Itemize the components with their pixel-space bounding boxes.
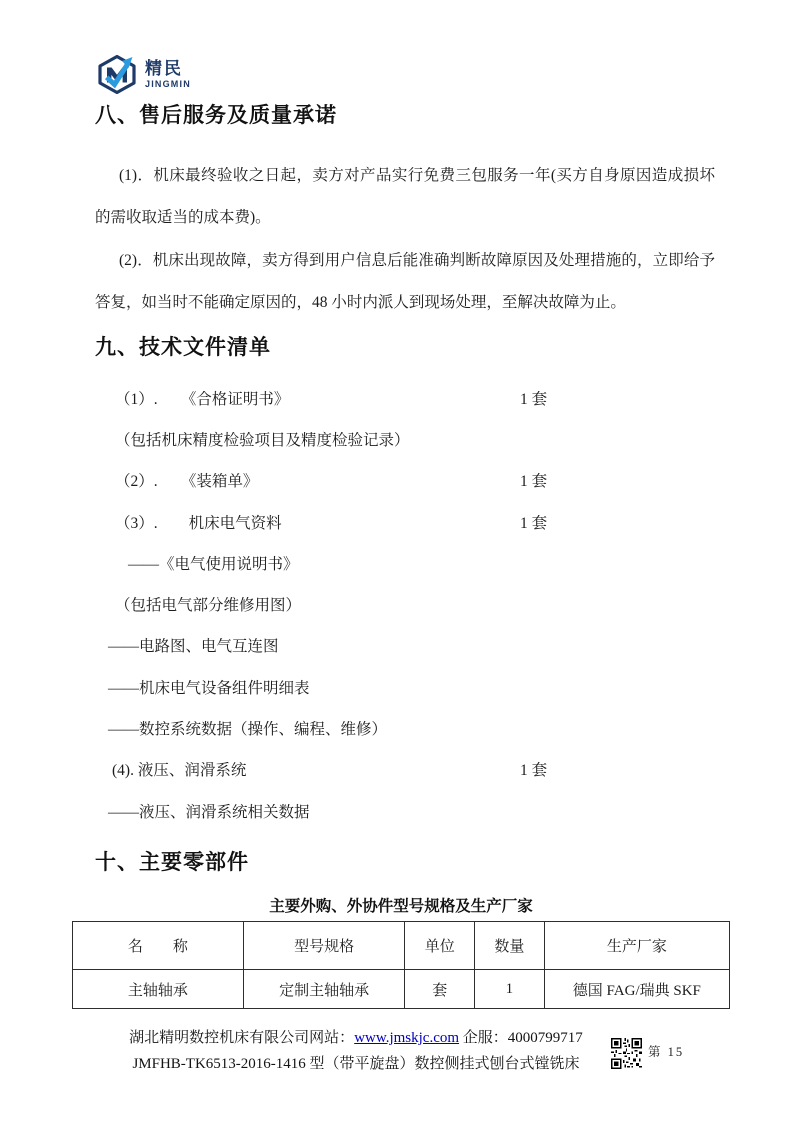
list-item: ——数控系统数据（操作、编程、维修） bbox=[95, 707, 715, 748]
col-header-name: 名 称 bbox=[73, 922, 244, 970]
footer-service-phone: 企服：4000799717 bbox=[459, 1030, 583, 1046]
company-logo: 精民 JINGMIN bbox=[95, 54, 191, 95]
list-item-qty: 1 套 bbox=[520, 469, 547, 491]
cell-manufacturer: 德国 FAG/瑞典 SKF bbox=[544, 970, 729, 1009]
list-item: （包括机床精度检验项目及精度检验记录） bbox=[95, 418, 715, 459]
list-item-label: （3）. 机床电气资料 bbox=[115, 511, 282, 533]
logo-text: 精民 JINGMIN bbox=[145, 60, 191, 89]
cell-quantity: 1 bbox=[475, 970, 545, 1009]
logo-name-cn: 精民 bbox=[145, 60, 191, 77]
list-item: （包括电气部分维修用图） bbox=[95, 583, 715, 624]
parts-table-title: 主要外购、外协件型号规格及生产厂家 bbox=[72, 896, 730, 918]
list-item-label: ——机床电气设备组件明细表 bbox=[108, 676, 310, 698]
list-item-label: （2）. 《装箱单》 bbox=[115, 469, 258, 491]
list-item: （1）. 《合格证明书》 1 套 bbox=[95, 377, 715, 418]
list-item: （2）. 《装箱单》 1 套 bbox=[95, 460, 715, 501]
list-item: ——机床电气设备组件明细表 bbox=[95, 666, 715, 707]
parts-table-block: 主要外购、外协件型号规格及生产厂家 名 称 型号规格 单位 数量 生产厂家 主轴… bbox=[72, 896, 730, 1009]
page-number: 第 15 bbox=[648, 1042, 684, 1060]
list-item-label: （包括电气部分维修用图） bbox=[115, 593, 301, 615]
qr-code bbox=[611, 1038, 642, 1069]
list-item: ——《电气使用说明书》 bbox=[95, 542, 715, 583]
page-footer: 湖北精明数控机床有限公司网站：www.jmskjc.com 企服：4000799… bbox=[100, 1026, 612, 1077]
list-item: （3）. 机床电气资料 1 套 bbox=[95, 501, 715, 542]
document-page: 精民 JINGMIN 八、售后服务及质量承诺 (1)．机床最终验收之日起，卖方对… bbox=[0, 0, 800, 1131]
section-8-paragraph-1: (1)．机床最终验收之日起，卖方对产品实行免费三包服务一年(买方自身原因造成损坏… bbox=[95, 155, 715, 239]
list-item-qty: 1 套 bbox=[520, 387, 547, 409]
list-item: (4). 液压、润滑系统 1 套 bbox=[95, 749, 715, 790]
list-item-label: ——液压、润滑系统相关数据 bbox=[108, 800, 310, 822]
section-8-paragraph-2: (2)．机床出现故障，卖方得到用户信息后能准确判断故障原因及处理措施的，立即给予… bbox=[95, 240, 715, 324]
list-item-qty: 1 套 bbox=[520, 511, 547, 533]
footer-company-site-label: 湖北精明数控机床有限公司网站： bbox=[129, 1030, 354, 1046]
list-item-label: （1）. 《合格证明书》 bbox=[115, 387, 289, 409]
cell-model: 定制主轴轴承 bbox=[243, 970, 405, 1009]
list-item: ——电路图、电气互连图 bbox=[95, 625, 715, 666]
section-10-heading: 十、主要零部件 bbox=[95, 848, 249, 878]
cell-unit: 套 bbox=[405, 970, 475, 1009]
table-header-row: 名 称 型号规格 单位 数量 生产厂家 bbox=[73, 922, 730, 970]
col-header-unit: 单位 bbox=[405, 922, 475, 970]
hexagon-m-logo-icon bbox=[95, 54, 139, 95]
col-header-quantity: 数量 bbox=[475, 922, 545, 970]
footer-line-1: 湖北精明数控机床有限公司网站：www.jmskjc.com 企服：4000799… bbox=[100, 1026, 612, 1052]
technical-documents-list: （1）. 《合格证明书》 1 套 （包括机床精度检验项目及精度检验记录） （2）… bbox=[95, 377, 715, 831]
parts-table: 名 称 型号规格 单位 数量 生产厂家 主轴轴承 定制主轴轴承 套 1 德国 F… bbox=[72, 921, 730, 1009]
section-9-heading: 九、技术文件清单 bbox=[95, 333, 271, 363]
col-header-model: 型号规格 bbox=[243, 922, 405, 970]
list-item-label: ——电路图、电气互连图 bbox=[108, 634, 279, 656]
footer-line-2: JMFHB-TK6513-2016-1416 型（带平旋盘）数控侧挂式刨台式镗铣… bbox=[100, 1052, 612, 1078]
footer-website-link[interactable]: www.jmskjc.com bbox=[354, 1030, 459, 1046]
section-8-heading: 八、售后服务及质量承诺 bbox=[95, 101, 337, 131]
cell-name: 主轴轴承 bbox=[73, 970, 244, 1009]
list-item-qty: 1 套 bbox=[520, 758, 547, 780]
list-item-label: (4). 液压、润滑系统 bbox=[112, 758, 246, 780]
logo-name-en: JINGMIN bbox=[145, 80, 191, 89]
list-item-label: ——数控系统数据（操作、编程、维修） bbox=[108, 717, 387, 739]
list-item-label: ——《电气使用说明书》 bbox=[128, 552, 299, 574]
list-item: ——液压、润滑系统相关数据 bbox=[95, 790, 715, 831]
col-header-manufacturer: 生产厂家 bbox=[544, 922, 729, 970]
table-row: 主轴轴承 定制主轴轴承 套 1 德国 FAG/瑞典 SKF bbox=[73, 970, 730, 1009]
list-item-label: （包括机床精度检验项目及精度检验记录） bbox=[115, 428, 410, 450]
